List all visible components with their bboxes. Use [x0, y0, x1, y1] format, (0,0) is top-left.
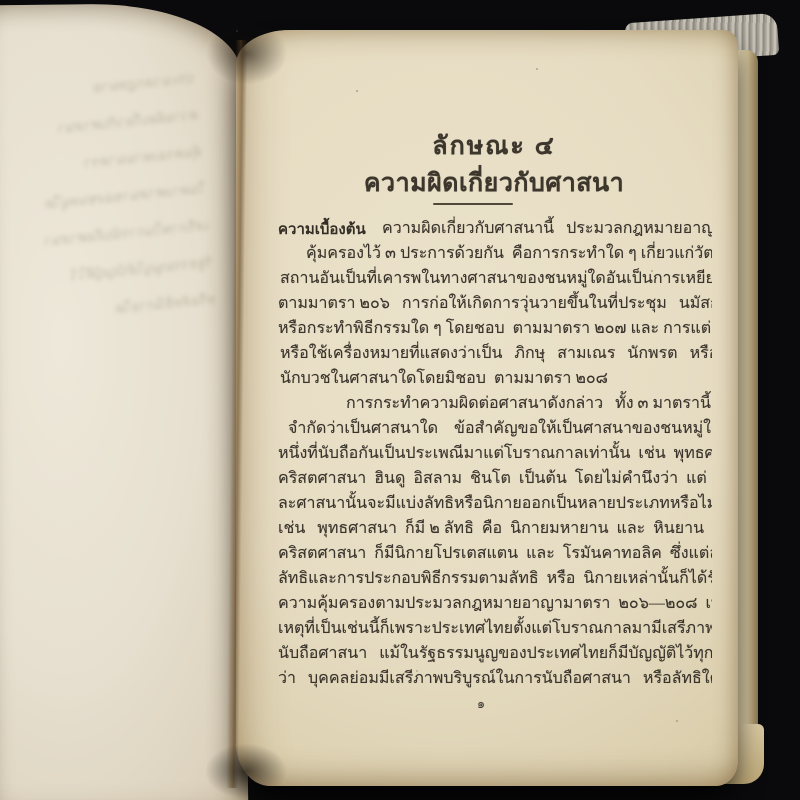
body-line: นับถือศาสนา แม้ในรัฐธรรมนูญของประเทศไทยก… [276, 641, 712, 666]
body-text: ความผิดเกี่ยวกับศาสนานี้ ประมวลกฎหมายอาญ… [276, 216, 712, 691]
body-line: ความผิดเกี่ยวกับศาสนานี้ ประมวลกฎหมายอาญ… [276, 216, 712, 241]
body-line: สถานอันเป็นที่เคารพในทางศาสนาของชนหมู่ใด… [276, 266, 712, 291]
body-line: ความคุ้มครองตามประมวลกฎหมายอาญามาตรา ๒๐๖… [276, 591, 712, 616]
open-book-photo: ประมวลกฎหมาย ความผิดเกี่ยวกับศาสนา คุ้มค… [0, 0, 800, 800]
gutter-shadow-bottom [194, 736, 298, 800]
body-line: คริสตศาสนา ฮินดู อิสลาม ชินโต เป็นต้น โด… [276, 466, 712, 491]
chapter-number-heading: ลักษณะ ๔ [276, 126, 712, 166]
ink-showthrough-text: ประมวลกฎหมาย ความผิดเกี่ยวกับศาสนา คุ้มค… [0, 61, 218, 339]
body-line: นักบวชในศาสนาใดโดยมิชอบ ตามมาตรา ๒๐๘ [276, 366, 712, 391]
body-line: ละศาสนานั้นจะมีแบ่งลัทธิหรือนิกายออกเป็น… [276, 491, 712, 516]
right-printed-page: ลักษณะ ๔ ความผิดเกี่ยวกับศาสนา ความเบื้อ… [236, 30, 738, 786]
body-line: หนึ่งที่นับถือกันเป็นประเพณีมาแต่โบราณกา… [276, 441, 712, 466]
gutter-shadow-top [194, 24, 290, 98]
body-line: ตามมาตรา ๒๐๖ การก่อให้เกิดการวุ่นวายขึ้น… [276, 291, 712, 316]
body-line: หรือกระทำพิธีกรรมใด ๆ โดยชอบ ตามมาตรา ๒๐… [276, 316, 712, 341]
body-line: เช่น พุทธศาสนา ก็มี ๒ ลัทธิ คือ นิกายมหา… [276, 516, 712, 541]
page-number: ๑ [468, 693, 494, 714]
left-blank-page: ประมวลกฎหมาย ความผิดเกี่ยวกับศาสนา คุ้มค… [0, 3, 248, 800]
title-divider-rule [433, 203, 513, 205]
body-line: ว่า บุคคลย่อมมีเสรีภาพบริบูรณ์ในการนับถื… [276, 666, 712, 691]
body-line: คุ้มครองไว้ ๓ ประการด้วยกัน คือการกระทำใ… [276, 241, 712, 266]
body-line: จำกัดว่าเป็นศาสนาใด ข้อสำคัญขอให้เป็นศาส… [276, 416, 712, 441]
body-line: เหตุที่เป็นเช่นนี้ก็เพราะประเทศไทยตั้งแต… [276, 616, 712, 641]
body-line: หรือใช้เครื่องหมายที่แสดงว่าเป็น ภิกษุ ส… [276, 341, 712, 366]
body-line: คริสตศาสนา ก็มีนิกายโปรเตสแตน และ โรมันค… [276, 541, 712, 566]
body-line: การกระทำความผิดต่อศาสนาดังกล่าว ทั้ง ๓ ม… [276, 391, 712, 416]
chapter-title-heading: ความผิดเกี่ยวกับศาสนา [276, 163, 712, 203]
body-line: ลัทธิและการประกอบพิธีกรรมตามลัทธิ หรือ น… [276, 566, 712, 591]
